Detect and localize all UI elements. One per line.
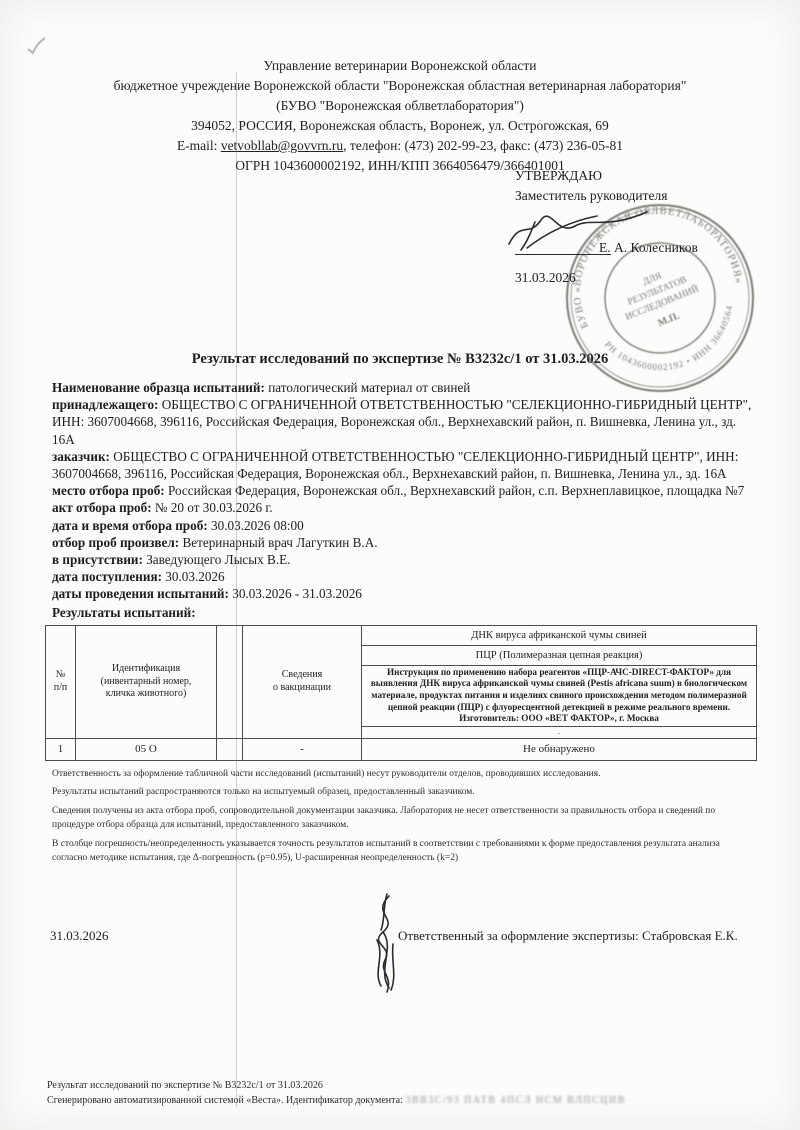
field-label: даты проведения испытаний:	[52, 586, 229, 601]
field-label: акт отбора проб:	[52, 500, 152, 515]
approval-date: 31.03.2026	[515, 268, 785, 288]
field-label: заказчик:	[52, 449, 110, 464]
responsible-person-text: Ответственный за оформление экспертизы: …	[398, 928, 738, 944]
org-fullname-line: бюджетное учреждение Воронежской области…	[0, 76, 800, 96]
footer-faded-id: 3ВВ3С/93 ПАТВ 4ПСЛ НСМ ВЛПСЦИВ	[405, 1095, 625, 1106]
field-value: патологический материал от свиней	[268, 380, 470, 395]
field-sampled-by: отбор проб произвел: Ветеринарный врач Л…	[45, 534, 757, 551]
table-row: 1 05 О - Не обнаружено	[46, 738, 757, 760]
footer-generated-line: Сгенерировано автоматизированной системо…	[47, 1093, 775, 1108]
approve-word: УТВЕРЖДАЮ	[515, 166, 785, 186]
footer-generated-prefix: Сгенерировано автоматизированной системо…	[47, 1095, 403, 1106]
field-received-date: дата поступления: 30.03.2026	[45, 568, 757, 585]
footnote: Результаты испытаний распространяются то…	[52, 785, 757, 800]
field-testing-dates: даты проведения испытаний: 30.03.2026 - …	[45, 585, 757, 602]
results-table: № п/п Идентификация (инвентарный номер, …	[45, 625, 757, 761]
approver-name: Е. А. Колесников	[599, 238, 698, 258]
org-contacts-line: E-mail: vetvobllab@govvrn.ru, телефон: (…	[0, 136, 800, 156]
field-value: ОБЩЕСТВО С ОГРАНИЧЕННОЙ ОТВЕТСТВЕННОСТЬЮ…	[52, 449, 738, 481]
row-vaccination-cell: -	[243, 738, 362, 760]
field-sampling-place: место отбора проб: Российская Федерация,…	[45, 482, 757, 499]
document-body: Наименование образца испытаний: патологи…	[45, 379, 757, 870]
footer-expertise-line: Результат исследований по экспертизе № В…	[47, 1078, 775, 1093]
test-instruction-header: Инструкция по применению набора реагенто…	[362, 665, 757, 726]
stamp-mp: М.П.	[656, 310, 681, 329]
field-value: 30.03.2026 - 31.03.2026	[232, 586, 362, 601]
field-label: место отбора проб:	[52, 483, 165, 498]
signoff-date: 31.03.2026	[50, 928, 109, 944]
footnote: Сведения получены из акта отбора проб, с…	[52, 804, 757, 833]
field-label: в присутствии:	[52, 552, 143, 567]
row-result-cell: Не обнаружено	[362, 738, 757, 760]
email-address: vetvobllab@govvrn.ru	[221, 138, 343, 153]
scan-fold-line	[236, 72, 237, 1107]
field-sampling-act: акт отбора проб: № 20 от 30.03.2026 г.	[45, 499, 757, 516]
field-value: Ветеринарный врач Лагуткин В.А.	[182, 535, 377, 550]
page-footer: Результат исследований по экспертизе № В…	[47, 1078, 775, 1108]
field-value: 30.03.2026	[165, 569, 224, 584]
field-value: Заведующего Лысых В.Е.	[146, 552, 290, 567]
field-label: отбор проб произвел:	[52, 535, 179, 550]
phone-fax: , телефон: (473) 202-99-23, факс: (473) …	[343, 138, 623, 153]
approver-signature-zone: Е. А. Колесников	[515, 206, 785, 264]
row-identification-cell: 05 О	[76, 738, 217, 760]
signature-line	[515, 254, 611, 255]
org-address-line: 394052, РОССИЯ, Воронежская область, Вор…	[0, 116, 800, 136]
column-header-num: № п/п	[46, 625, 76, 738]
column-header-vaccination: Сведения о вакцинации	[243, 625, 362, 738]
test-target-header: ДНК вируса африканской чумы свиней	[362, 625, 757, 645]
results-section-label: Результаты испытаний:	[45, 604, 757, 621]
footnote: В столбце погрешность/неопределенность у…	[52, 837, 757, 866]
field-value: 30.03.2026 08:00	[211, 518, 304, 533]
email-label: E-mail:	[177, 138, 218, 153]
spacer-cell	[217, 625, 243, 738]
row-num-cell: 1	[46, 738, 76, 760]
table-header-row: № п/п Идентификация (инвентарный номер, …	[46, 625, 757, 645]
spacer-cell	[217, 738, 243, 760]
field-label: дата поступления:	[52, 569, 162, 584]
document-page: Управление ветеринарии Воронежской облас…	[0, 0, 800, 1130]
test-method-header: ПЦР (Полимеразная цепная реакция)	[362, 645, 757, 665]
column-header-identification: Идентификация (инвентарный номер, кличка…	[76, 625, 217, 738]
org-header: Управление ветеринарии Воронежской облас…	[0, 56, 800, 176]
approver-position: Заместитель руководителя	[515, 186, 785, 206]
stray-dot-cell: .	[362, 726, 757, 738]
field-value: № 20 от 30.03.2026 г.	[155, 500, 273, 515]
field-customer: заказчик: ОБЩЕСТВО С ОГРАНИЧЕННОЙ ОТВЕТС…	[45, 448, 757, 482]
field-sampling-datetime: дата и время отбора проб: 30.03.2026 08:…	[45, 517, 757, 534]
footnotes: Ответственность за оформление табличной …	[45, 767, 757, 866]
field-label: дата и время отбора проб:	[52, 518, 208, 533]
org-shortname-line: (БУВО "Воронежская облветлаборатория")	[0, 96, 800, 116]
responsible-signature-icon	[353, 892, 413, 1002]
footnote: Ответственность за оформление табличной …	[52, 767, 757, 782]
field-label: Наименование образца испытаний:	[52, 380, 265, 395]
field-witness: в присутствии: Заведующего Лысых В.Е.	[45, 551, 757, 568]
pen-mark-artifact	[26, 36, 48, 56]
field-value: Российская Федерация, Воронежская обл., …	[168, 483, 744, 498]
field-label: принадлежащего:	[52, 397, 158, 412]
approval-block: УТВЕРЖДАЮ Заместитель руководителя Е. А.…	[515, 166, 785, 288]
org-name-line: Управление ветеринарии Воронежской облас…	[0, 56, 800, 76]
